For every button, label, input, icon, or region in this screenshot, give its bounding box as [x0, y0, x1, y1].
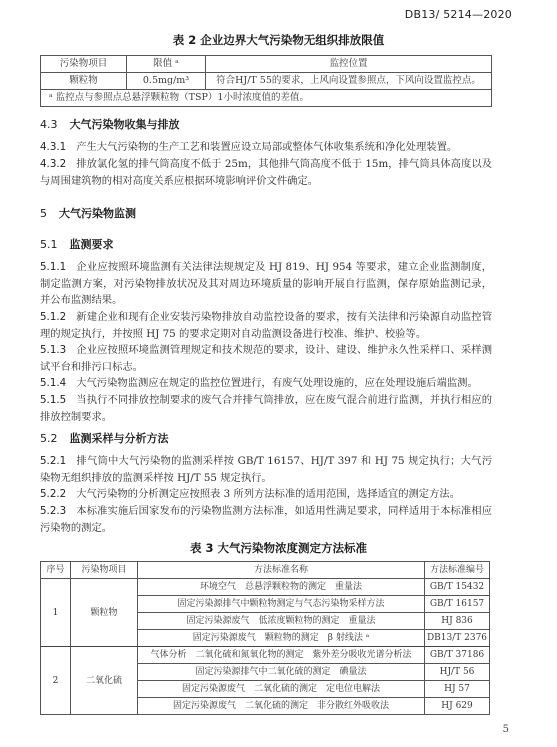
- table2-footnote-row: ᵃ 监控点与参照点总悬浮颗粒物（TSP）1小时浓度值的差值。: [41, 90, 492, 107]
- section-title: 监测采样与分析方法: [70, 432, 169, 445]
- table2: 污染物项目 限值 ᵃ 监控位置 颗粒物 0.5mg/m³ 符合HJ/T 55的要…: [40, 55, 492, 107]
- page-number: 5: [503, 724, 509, 735]
- section-heading-4-3: 4.3大气污染物收集与排放: [40, 116, 180, 132]
- clause-5-1-1: 5.1.1企业应按照环境监测有关法律法规规定及 HJ 819、HJ 954 等要…: [40, 259, 492, 309]
- table3-method-name: 固定污染源废气 二氧化硫的测定 定电位电解法: [138, 681, 425, 698]
- clause-number: 5.1.3: [40, 344, 66, 356]
- table3-method-code: HJ/T 56: [425, 664, 490, 681]
- table3-method-code: HJ 57: [425, 681, 490, 698]
- clause-number: 5.1.1: [40, 261, 66, 273]
- table3-method-code: HJ 836: [425, 613, 490, 630]
- table2-col-limit: 限值 ᵃ: [127, 56, 206, 73]
- table3-col-pollutant: 污染物项目: [71, 562, 138, 579]
- section-title: 监测要求: [70, 238, 114, 251]
- clause-text: 新建企业和现有企业安装污染物排放自动监控设备的要求，按有关法律和污染源自动监控管…: [40, 311, 492, 340]
- table3-method-name: 固定污染源废气 低浓度颗粒物的测定 重量法: [138, 613, 425, 630]
- table3-method-code: GB/T 37186: [425, 647, 490, 664]
- section-heading-5-1: 5.1监测要求: [40, 236, 114, 252]
- section-number: 5.2: [40, 432, 58, 445]
- table3-method-name: 固定污染源废气 二氧化硫的测定 非分散红外吸收法: [138, 698, 425, 715]
- table3-seq: 2: [41, 647, 71, 715]
- table2-footnote: ᵃ 监控点与参照点总悬浮颗粒物（TSP）1小时浓度值的差值。: [41, 90, 492, 107]
- table3-method-code: HJ 629: [425, 698, 490, 715]
- clause-text: 企业应按照环境监测管理规定和技术规范的要求，设计、建设、维护永久性采样口、采样测…: [40, 344, 492, 373]
- table3-method-code: DB13/T 2376: [425, 630, 490, 647]
- clause-5-2-3: 5.2.3本标准实施后国家发布的污染物监测方法标准，如适用性满足要求，同样适用于…: [40, 503, 492, 536]
- table3-method-name: 固定污染源废气 颗粒物的测定 β 射线法 ᵃ: [138, 630, 425, 647]
- clause-text: 大气污染物的分析测定应按照表 3 所列方法标准的适用范围，选择适宜的测定方法。: [76, 488, 460, 500]
- table-row: 2 二氧化硫 气体分析 二氧化硫和氮氧化物的测定 紫外差分吸收光谱分析法 GB/…: [41, 647, 490, 664]
- clause-number: 4.3.2: [40, 158, 66, 170]
- clause-text: 当执行不同排放控制要求的废气合并排气筒排放，应在废气混合前进行监测，并执行相应的…: [40, 394, 492, 423]
- table2-header-row: 污染物项目 限值 ᵃ 监控位置: [41, 56, 492, 73]
- clause-number: 5.2.1: [40, 455, 66, 467]
- clause-number: 5.2.2: [40, 488, 66, 500]
- table3-col-seq: 序号: [41, 562, 71, 579]
- section-heading-5-2: 5.2监测采样与分析方法: [40, 430, 169, 446]
- clause-text: 产生大气污染物的生产工艺和装置应设立局部或整体气体收集系统和净化处理装置。: [76, 141, 457, 153]
- document-code: DB13/ 5214—2020: [405, 8, 512, 21]
- table2-cell-location: 符合HJ/T 55的要求，上风向设置参照点，下风向设置监控点。: [206, 73, 492, 90]
- table-row: 颗粒物 0.5mg/m³ 符合HJ/T 55的要求，上风向设置参照点，下风向设置…: [41, 73, 492, 90]
- table3-seq: 1: [41, 579, 71, 647]
- table3-method-name: 气体分析 二氧化硫和氮氧化物的测定 紫外差分吸收光谱分析法: [138, 647, 425, 664]
- clause-5-2-1: 5.2.1排气筒中大气污染物的监测采样按 GB/T 16157、HJ/T 397…: [40, 453, 492, 486]
- table3: 序号 污染物项目 方法标准名称 方法标准编号 1 颗粒物 环境空气 总悬浮颗粒物…: [40, 561, 490, 715]
- clause-5-2-2: 5.2.2大气污染物的分析测定应按照表 3 所列方法标准的适用范围，选择适宜的测…: [40, 486, 492, 503]
- table3-pollutant: 颗粒物: [71, 579, 138, 647]
- table3-method-code: GB/T 16157: [425, 596, 490, 613]
- clause-number: 5.1.5: [40, 394, 66, 406]
- clause-text: 排放氯化氢的排气筒高度不低于 25m，其他排气筒高度不低于 15m，排气筒具体高…: [40, 158, 492, 187]
- table3-method-code: GB/T 15432: [425, 579, 490, 596]
- table3-title: 表 3 大气污染物浓度测定方法标准: [0, 540, 557, 556]
- clause-5-1-4: 5.1.4大气污染物监测应在规定的监控位置进行，有废气处理设施的，应在处理设施后…: [40, 375, 492, 392]
- clause-5-1-5: 5.1.5当执行不同排放控制要求的废气合并排气筒排放，应在废气混合前进行监测，并…: [40, 392, 492, 425]
- table2-col-pollutant: 污染物项目: [41, 56, 127, 73]
- table3-col-method-code: 方法标准编号: [425, 562, 490, 579]
- table3-method-name: 环境空气 总悬浮颗粒物的测定 重量法: [138, 579, 425, 596]
- clause-4-3-1: 4.3.1产生大气污染物的生产工艺和装置应设立局部或整体气体收集系统和净化处理装…: [40, 139, 492, 156]
- clause-4-3-2: 4.3.2排放氯化氢的排气筒高度不低于 25m，其他排气筒高度不低于 15m，排…: [40, 156, 492, 189]
- table2-cell-pollutant: 颗粒物: [41, 73, 127, 90]
- clause-number: 5.2.3: [40, 505, 66, 517]
- clause-number: 5.1.2: [40, 311, 66, 323]
- table3-pollutant: 二氧化硫: [71, 647, 138, 715]
- table3-method-name: 固定污染源排气中颗粒物测定与气态污染物采样方法: [138, 596, 425, 613]
- clause-text: 企业应按照环境监测有关法律法规规定及 HJ 819、HJ 954 等要求，建立企…: [40, 261, 492, 306]
- clause-number: 4.3.1: [40, 141, 66, 153]
- clause-text: 排气筒中大气污染物的监测采样按 GB/T 16157、HJ/T 397 和 HJ…: [40, 455, 492, 484]
- clause-text: 本标准实施后国家发布的污染物监测方法标准，如适用性满足要求，同样适用于本标准相应…: [40, 505, 492, 534]
- section-number: 5: [40, 207, 47, 220]
- section-title: 大气污染物监测: [59, 207, 136, 220]
- section-title: 大气污染物收集与排放: [70, 118, 180, 131]
- table3-method-name: 固定污染源排气中二氧化硫的测定 碘量法: [138, 664, 425, 681]
- clause-number: 5.1.4: [40, 377, 66, 389]
- table2-cell-limit: 0.5mg/m³: [127, 73, 206, 90]
- table2-title: 表 2 企业边界大气污染物无组织排放限值: [0, 32, 557, 48]
- table3-col-method-name: 方法标准名称: [138, 562, 425, 579]
- clause-text: 大气污染物监测应在规定的监控位置进行，有废气处理设施的，应在处理设施后端监测。: [76, 377, 478, 389]
- section-number: 4.3: [40, 118, 58, 131]
- table-row: 1 颗粒物 环境空气 总悬浮颗粒物的测定 重量法 GB/T 15432: [41, 579, 490, 596]
- table2-col-location: 监控位置: [206, 56, 492, 73]
- table3-header-row: 序号 污染物项目 方法标准名称 方法标准编号: [41, 562, 490, 579]
- section-heading-5: 5大气污染物监测: [40, 205, 136, 221]
- section-number: 5.1: [40, 238, 58, 251]
- clause-5-1-3: 5.1.3企业应按照环境监测管理规定和技术规范的要求，设计、建设、维护永久性采样…: [40, 342, 492, 375]
- clause-5-1-2: 5.1.2新建企业和现有企业安装污染物排放自动监控设备的要求，按有关法律和污染源…: [40, 309, 492, 342]
